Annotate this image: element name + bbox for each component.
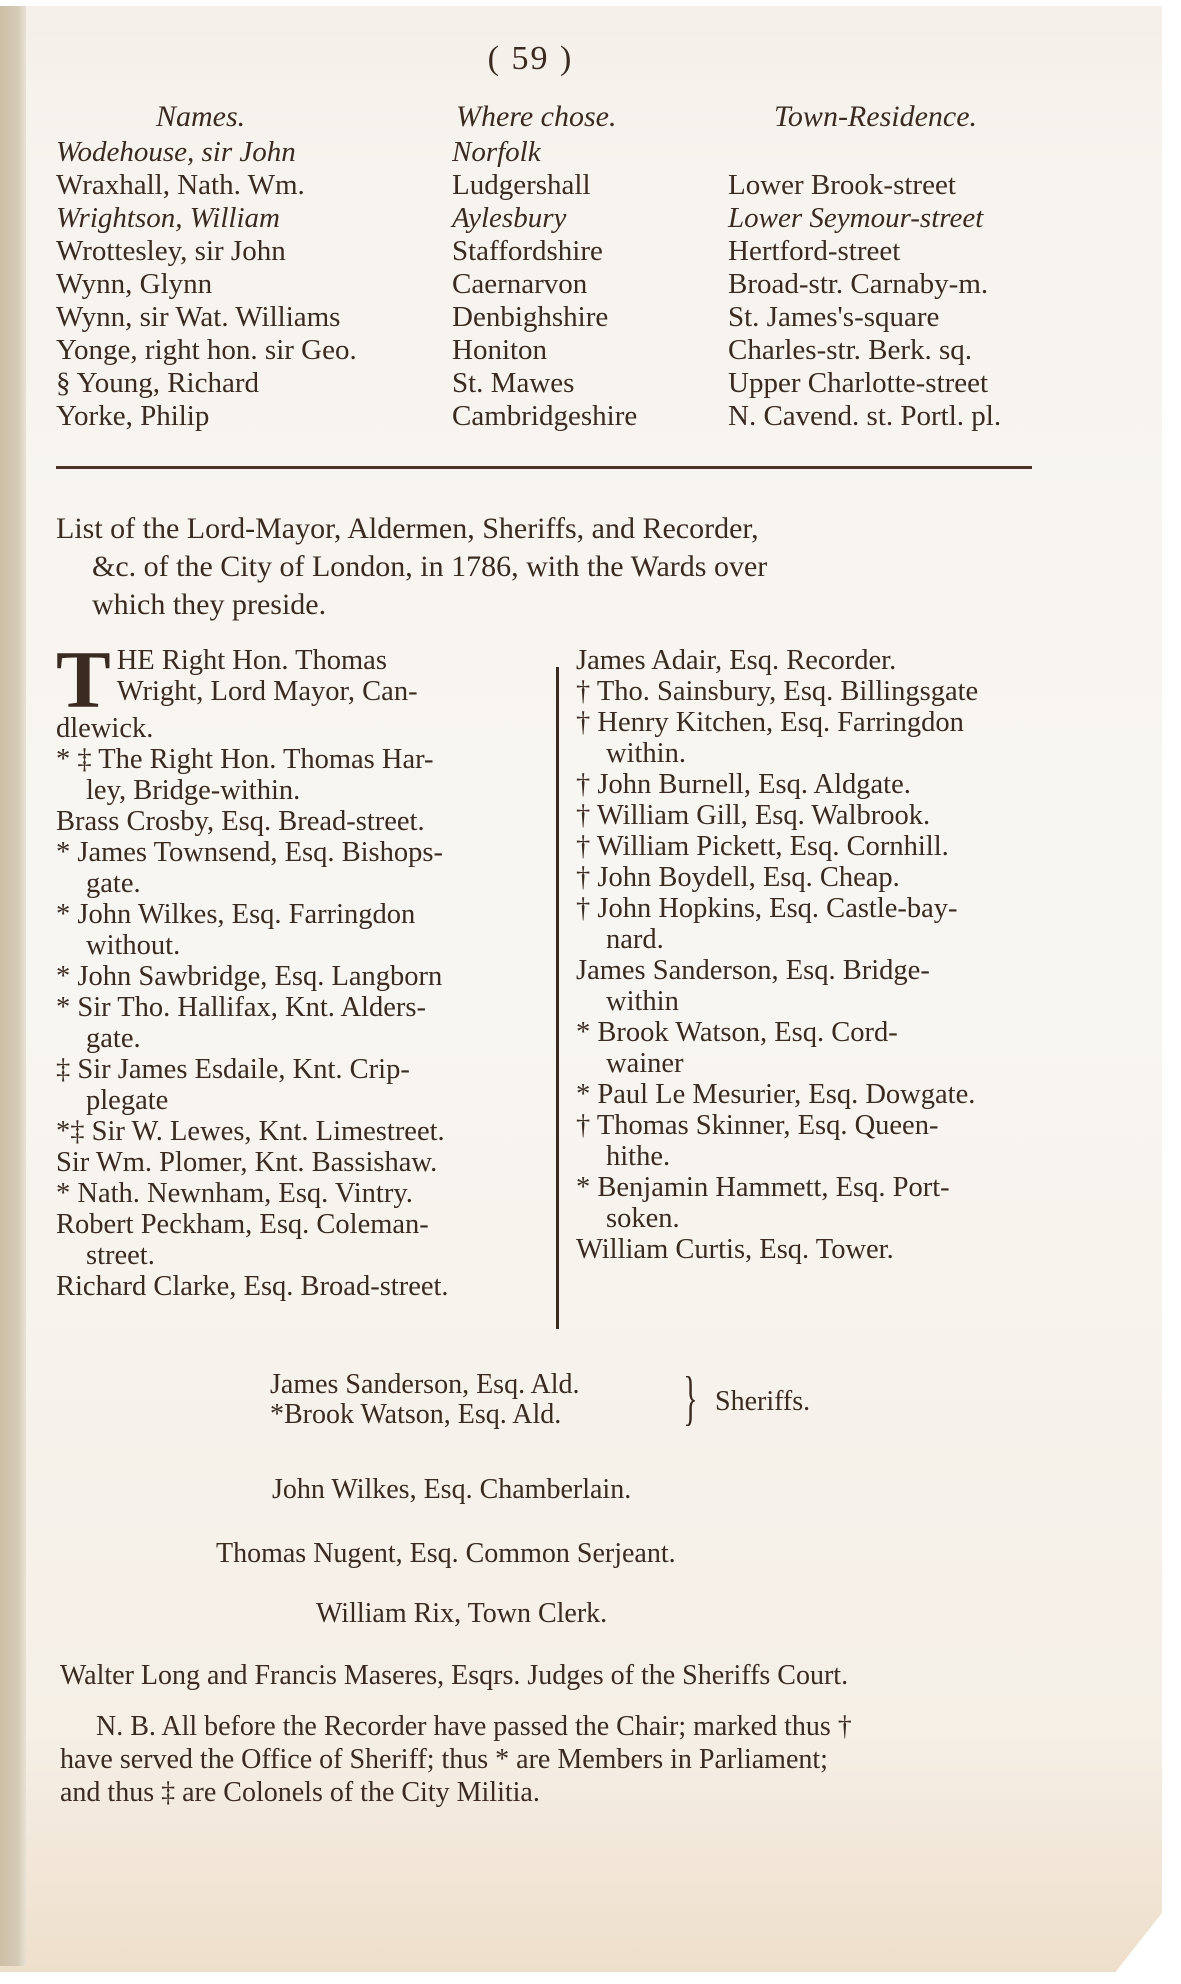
town-clerk-line: William Rix, Town Clerk. bbox=[316, 1598, 607, 1630]
members-table: Names. Where chose. Town-Residence. Wode… bbox=[56, 100, 1056, 433]
member-name: Yorke, Philip bbox=[56, 400, 209, 433]
member-residence: N. Cavend. st. Portl. pl. bbox=[728, 400, 1001, 433]
page-number: ( 59 ) bbox=[0, 40, 1181, 78]
table-row: § Young, Richard St. Mawes Upper Charlot… bbox=[56, 367, 1056, 400]
entry-line: * ‡ The Right Hon. Thomas Har- bbox=[56, 744, 434, 775]
member-residence: St. James's-square bbox=[728, 301, 939, 334]
entry-line: * John Wilkes, Esq. Farringdon bbox=[56, 899, 415, 930]
column-divider bbox=[556, 667, 559, 1329]
member-name: Wrottesley, sir John bbox=[56, 235, 286, 268]
brace-icon: } bbox=[683, 1368, 697, 1428]
chamberlain-line: John Wilkes, Esq. Chamberlain. bbox=[272, 1474, 631, 1506]
entry-line: * Brook Watson, Esq. Cord- bbox=[576, 1017, 898, 1048]
alderman-entry: † John Boydell, Esq. Cheap. bbox=[576, 862, 1076, 893]
entry-line: * Nath. Newnham, Esq. Vintry. bbox=[56, 1178, 413, 1209]
table-row: Wynn, sir Wat. Williams Denbighshire St.… bbox=[56, 301, 1056, 334]
sheriffs-label: Sheriffs. bbox=[715, 1386, 810, 1418]
section-divider-rule bbox=[56, 466, 1032, 469]
member-name: Wynn, sir Wat. Williams bbox=[56, 301, 340, 334]
entry-line: † Thomas Skinner, Esq. Queen- bbox=[576, 1110, 938, 1141]
entry-line: * Sir Tho. Hallifax, Knt. Alders- bbox=[56, 992, 426, 1023]
entry-line: † Henry Kitchen, Esq. Farringdon bbox=[576, 707, 964, 738]
entry-line: Sir Wm. Plomer, Knt. Bassishaw. bbox=[56, 1147, 437, 1178]
table-row: Wrottesley, sir John Staffordshire Hertf… bbox=[56, 235, 1056, 268]
entry-cont: soken. bbox=[576, 1203, 1076, 1234]
alderman-entry: † Henry Kitchen, Esq. Farringdonwithin. bbox=[576, 707, 1076, 769]
header-where-chose: Where chose. bbox=[456, 100, 617, 134]
entry-line: ‡ Sir James Esdaile, Knt. Crip- bbox=[56, 1054, 410, 1085]
sheriffs-block: James Sanderson, Esq. Ald. *Brook Watson… bbox=[270, 1370, 580, 1430]
member-name: Yonge, right hon. sir Geo. bbox=[56, 334, 357, 367]
drop-cap: T bbox=[56, 647, 111, 713]
entry-line: Brass Crosby, Esq. Bread-street. bbox=[56, 806, 425, 837]
entry-cont: gate. bbox=[56, 868, 536, 899]
alderman-entry: James Sanderson, Esq. Bridge-within bbox=[576, 955, 1076, 1017]
entry-line: James Sanderson, Esq. Bridge- bbox=[576, 955, 930, 986]
member-name: Wynn, Glynn bbox=[56, 268, 212, 301]
alderman-entry: ‡ Sir James Esdaile, Knt. Crip-plegate bbox=[56, 1054, 536, 1116]
entry-line: * John Sawbridge, Esq. Langborn bbox=[56, 961, 442, 992]
member-residence: Upper Charlotte-street bbox=[728, 367, 988, 400]
table-row: Wrightson, William Aylesbury Lower Seymo… bbox=[56, 202, 1056, 235]
entry-line: † Tho. Sainsbury, Esq. Billingsgate bbox=[576, 676, 978, 707]
entry-line: James Adair, Esq. Recorder. bbox=[576, 645, 896, 676]
alderman-entry: * Brook Watson, Esq. Cord-wainer bbox=[576, 1017, 1076, 1079]
alderman-entry: * Sir Tho. Hallifax, Knt. Alders-gate. bbox=[56, 992, 536, 1054]
alderman-entry: † William Pickett, Esq. Cornhill. bbox=[576, 831, 1076, 862]
entry-line: Robert Peckham, Esq. Coleman- bbox=[56, 1209, 429, 1240]
alderman-entry: Richard Clarke, Esq. Broad-street. bbox=[56, 1271, 536, 1302]
nota-bene: N. B. All before the Recorder have passe… bbox=[60, 1710, 1070, 1809]
member-where: Cambridgeshire bbox=[452, 400, 637, 433]
header-names: Names. bbox=[156, 100, 245, 134]
list-title-line: which they preside. bbox=[56, 586, 1066, 624]
member-name: Wraxhall, Nath. Wm. bbox=[56, 169, 305, 202]
member-residence: Broad-str. Carnaby-m. bbox=[728, 268, 988, 301]
alderman-entry: * John Wilkes, Esq. Farringdonwithout. bbox=[56, 899, 536, 961]
alderman-entry: † Thomas Skinner, Esq. Queen-hithe. bbox=[576, 1110, 1076, 1172]
nota-bene-line: and thus ‡ are Colonels of the City Mili… bbox=[60, 1776, 1070, 1809]
member-where: Honiton bbox=[452, 334, 547, 367]
alderman-entry: *‡ Sir W. Lewes, Knt. Limestreet. bbox=[56, 1116, 536, 1147]
entry-cont: gate. bbox=[56, 1023, 536, 1054]
alderman-entry: * Nath. Newnham, Esq. Vintry. bbox=[56, 1178, 536, 1209]
list-title: List of the Lord-Mayor, Aldermen, Sherif… bbox=[56, 510, 1066, 624]
list-title-line: &c. of the City of London, in 1786, with… bbox=[56, 548, 1066, 586]
member-where: Norfolk bbox=[452, 136, 541, 169]
alderman-entry: † John Hopkins, Esq. Castle-bay-nard. bbox=[576, 893, 1076, 955]
member-where: Staffordshire bbox=[452, 235, 603, 268]
entry-line: † William Pickett, Esq. Cornhill. bbox=[576, 831, 949, 862]
alderman-entry: * James Townsend, Esq. Bishops-gate. bbox=[56, 837, 536, 899]
members-table-header: Names. Where chose. Town-Residence. bbox=[56, 100, 1056, 136]
member-where: Aylesbury bbox=[452, 202, 566, 235]
alderman-entry: † Tho. Sainsbury, Esq. Billingsgate bbox=[576, 676, 1076, 707]
entry-cont: nard. bbox=[576, 924, 1076, 955]
member-residence: Lower Seymour-street bbox=[728, 202, 983, 235]
alderman-entry: * John Sawbridge, Esq. Langborn bbox=[56, 961, 536, 992]
judges-line: Walter Long and Francis Maseres, Esqrs. … bbox=[60, 1660, 848, 1692]
aldermen-right-column: James Adair, Esq. Recorder. † Tho. Sains… bbox=[576, 645, 1076, 1265]
alderman-entry: Sir Wm. Plomer, Knt. Bassishaw. bbox=[56, 1147, 536, 1178]
nota-bene-line: have served the Office of Sheriff; thus … bbox=[60, 1743, 1070, 1776]
member-where: Ludgershall bbox=[452, 169, 591, 202]
aldermen-left-column: T HE Right Hon. Thomas Wright, Lord Mayo… bbox=[56, 645, 536, 1302]
entry-cont: plegate bbox=[56, 1085, 536, 1116]
table-row: Wodehouse, sir John Norfolk bbox=[56, 136, 1056, 169]
entry-line: † John Boydell, Esq. Cheap. bbox=[576, 862, 900, 893]
member-name: Wodehouse, sir John bbox=[56, 136, 296, 169]
entry-cont: within bbox=[576, 986, 1076, 1017]
sheriff-name: James Sanderson, Esq. Ald. bbox=[270, 1370, 580, 1400]
table-row: Wynn, Glynn Caernarvon Broad-str. Carnab… bbox=[56, 268, 1056, 301]
entry-cont: without. bbox=[56, 930, 536, 961]
entry-line: Wright, Lord Mayor, Can- bbox=[56, 676, 536, 707]
table-row: Yorke, Philip Cambridgeshire N. Cavend. … bbox=[56, 400, 1056, 433]
header-town-residence: Town-Residence. bbox=[774, 100, 977, 134]
entry-cont: dlewick. bbox=[56, 713, 536, 744]
sheriff-name: *Brook Watson, Esq. Ald. bbox=[270, 1400, 580, 1430]
member-residence: Hertford-street bbox=[728, 235, 900, 268]
member-name: § Young, Richard bbox=[56, 367, 259, 400]
table-row: Yonge, right hon. sir Geo. Honiton Charl… bbox=[56, 334, 1056, 367]
alderman-entry: James Adair, Esq. Recorder. bbox=[576, 645, 1076, 676]
alderman-entry: Robert Peckham, Esq. Coleman-street. bbox=[56, 1209, 536, 1271]
member-name: Wrightson, William bbox=[56, 202, 280, 235]
entry-cont: street. bbox=[56, 1240, 536, 1271]
entry-cont: hithe. bbox=[576, 1141, 1076, 1172]
alderman-entry: * ‡ The Right Hon. Thomas Har-ley, Bridg… bbox=[56, 744, 536, 806]
table-row: Wraxhall, Nath. Wm. Ludgershall Lower Br… bbox=[56, 169, 1056, 202]
entry-line: HE Right Hon. Thomas bbox=[56, 645, 536, 676]
entry-line: * Paul Le Mesurier, Esq. Dowgate. bbox=[576, 1079, 975, 1110]
nota-bene-line: N. B. All before the Recorder have passe… bbox=[60, 1710, 1070, 1743]
entry-cont: wainer bbox=[576, 1048, 1076, 1079]
member-where: Denbighshire bbox=[452, 301, 608, 334]
list-title-line: List of the Lord-Mayor, Aldermen, Sherif… bbox=[56, 510, 1066, 548]
entry-line: Richard Clarke, Esq. Broad-street. bbox=[56, 1271, 449, 1302]
page-binding-edge bbox=[0, 6, 26, 1966]
entry-line: * Benjamin Hammett, Esq. Port- bbox=[576, 1172, 950, 1203]
alderman-entry: * Benjamin Hammett, Esq. Port-soken. bbox=[576, 1172, 1076, 1234]
member-residence: Lower Brook-street bbox=[728, 169, 956, 202]
member-where: Caernarvon bbox=[452, 268, 587, 301]
entry-cont: within. bbox=[576, 738, 1076, 769]
entry-line: *‡ Sir W. Lewes, Knt. Limestreet. bbox=[56, 1116, 445, 1147]
entry-line: William Curtis, Esq. Tower. bbox=[576, 1234, 894, 1265]
entry-line: † John Hopkins, Esq. Castle-bay- bbox=[576, 893, 958, 924]
alderman-entry: T HE Right Hon. Thomas Wright, Lord Mayo… bbox=[56, 645, 536, 744]
entry-line: † John Burnell, Esq. Aldgate. bbox=[576, 769, 911, 800]
alderman-entry: * Paul Le Mesurier, Esq. Dowgate. bbox=[576, 1079, 1076, 1110]
alderman-entry: William Curtis, Esq. Tower. bbox=[576, 1234, 1076, 1265]
common-serjeant-line: Thomas Nugent, Esq. Common Serjeant. bbox=[216, 1538, 676, 1570]
alderman-entry: Brass Crosby, Esq. Bread-street. bbox=[56, 806, 536, 837]
entry-line: * James Townsend, Esq. Bishops- bbox=[56, 837, 443, 868]
entry-line: † William Gill, Esq. Walbrook. bbox=[576, 800, 930, 831]
member-residence: Charles-str. Berk. sq. bbox=[728, 334, 972, 367]
member-where: St. Mawes bbox=[452, 367, 574, 400]
entry-cont: ley, Bridge-within. bbox=[56, 775, 536, 806]
alderman-entry: † John Burnell, Esq. Aldgate. bbox=[576, 769, 1076, 800]
alderman-entry: † William Gill, Esq. Walbrook. bbox=[576, 800, 1076, 831]
